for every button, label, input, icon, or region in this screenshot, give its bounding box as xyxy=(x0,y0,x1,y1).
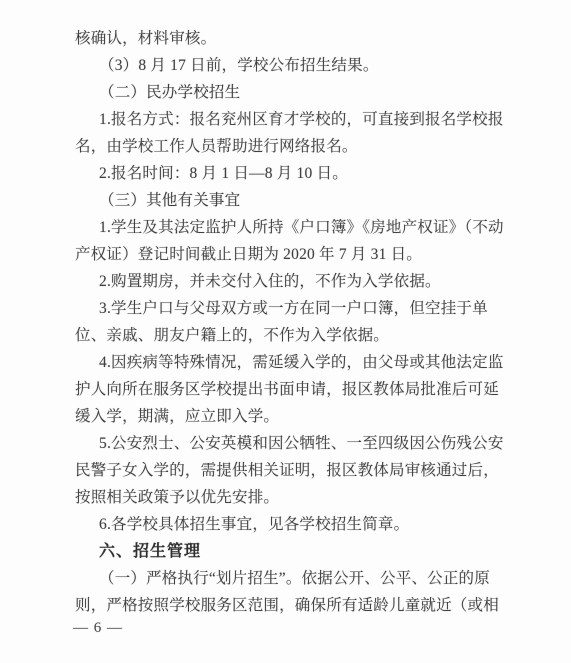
sub-section-heading: （三）其他有关事宜 xyxy=(75,187,511,214)
text-line: 5.公安烈士、公安英模和因公牺牲、一至四级因公伤残公安 xyxy=(75,430,511,457)
text-line: 护人向所在服务区学校提出书面申请，报区教体局批准后可延 xyxy=(75,376,511,403)
text-line: 核确认，材料审核。 xyxy=(75,25,511,52)
text-line: 1.报名方式：报名兖州区育才学校的，可直接到报名学校报 xyxy=(75,106,511,133)
text-line: 4.因疾病等特殊情况，需延缓入学的，由父母或其他法定监 xyxy=(75,349,511,376)
sub-section-heading: （二）民办学校招生 xyxy=(75,79,511,106)
text-line: 产权证）登记时间截止日期为 2020 年 7 月 31 日。 xyxy=(75,241,511,268)
document-body: 核确认，材料审核。（3）8 月 17 日前，学校公布招生结果。（二）民办学校招生… xyxy=(75,25,511,619)
text-line: 民警子女入学的，需提供相关证明，报区教体局审核通过后， xyxy=(75,457,511,484)
text-line: 1.学生及其法定监护人所持《户口簿》《房地产权证》（不动 xyxy=(75,214,511,241)
page-number: — 6 — xyxy=(73,617,123,639)
text-line: 名，由学校工作人员帮助进行网络报名。 xyxy=(75,133,511,160)
text-line: 缓入学，期满，应立即入学。 xyxy=(75,403,511,430)
section-heading: 六、招生管理 xyxy=(75,538,511,565)
text-line: （一）严格执行“划片招生”。依据公开、公平、公正的原 xyxy=(75,565,511,592)
text-line: 则，严格按照学校服务区范围，确保所有适龄儿童就近（或相 xyxy=(75,592,511,619)
text-line: 3.学生户口与父母双方或一方在同一户口簿，但空挂于单 xyxy=(75,295,511,322)
text-line: 2.购置期房，并未交付入住的，不作为入学依据。 xyxy=(75,268,511,295)
text-line: 位、亲戚、朋友户籍上的，不作为入学依据。 xyxy=(75,322,511,349)
document-page: 核确认，材料审核。（3）8 月 17 日前，学校公布招生结果。（二）民办学校招生… xyxy=(0,0,571,663)
text-line: 6.各学校具体招生事宜，见各学校招生简章。 xyxy=(75,511,511,538)
text-line: （3）8 月 17 日前，学校公布招生结果。 xyxy=(75,52,511,79)
text-line: 2.报名时间：8 月 1 日—8 月 10 日。 xyxy=(75,160,511,187)
text-line: 按照相关政策予以优先安排。 xyxy=(75,484,511,511)
